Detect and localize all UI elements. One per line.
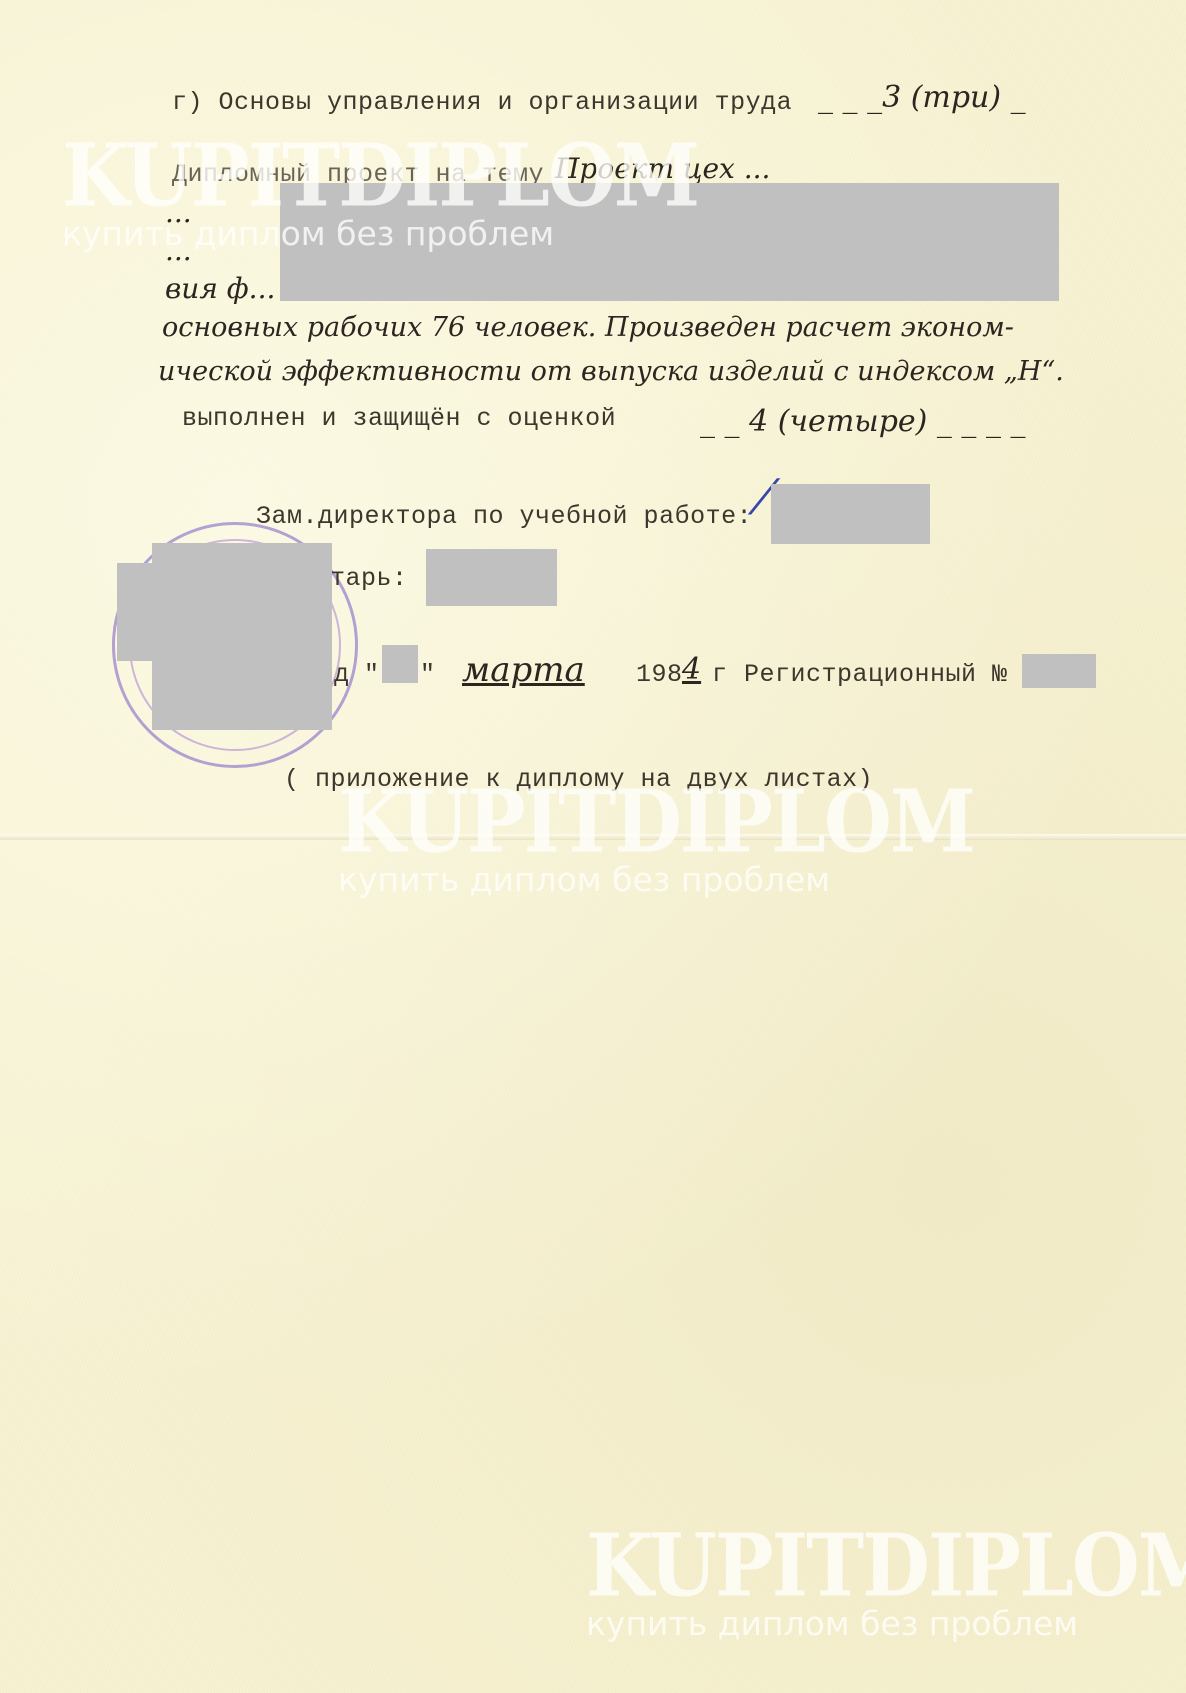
watermark-title: KUPITDIPLOM <box>338 780 974 866</box>
redaction-day <box>382 645 418 683</box>
defended-label: выполнен и защищён с оценкой <box>182 404 616 433</box>
secretary-label: тарь: <box>330 564 408 593</box>
day-open-quote: " <box>364 660 380 689</box>
watermark-title: KUPITDIPLOM <box>586 1524 1186 1610</box>
month-handwritten: марта <box>462 650 585 690</box>
year-handwritten: 4 <box>682 652 701 687</box>
redaction-stamp-upper <box>152 543 332 730</box>
project-topic-line-5: основных рабочих 76 человек. Произведен … <box>162 312 1014 343</box>
watermark-3: KUPITDIPLOM купить диплом без проблем <box>586 1528 1186 1642</box>
redaction-registration-number <box>1022 654 1096 688</box>
day-close-quote: " <box>420 660 436 689</box>
subject-grade: _ _ _3 (три) _ <box>818 80 1026 115</box>
watermark-1: KUPITDIPLOM купить диплом без проблем <box>62 138 698 252</box>
date-prefix: д <box>334 660 350 689</box>
year-suffix: г <box>712 660 728 689</box>
deputy-director-label-text: Зам.директора по учебной работе: <box>256 502 752 531</box>
deputy-director-signature: ⁄ <box>760 470 768 526</box>
redaction-deputy-signature <box>771 484 930 544</box>
project-topic-line-4: вия ф... <box>165 272 275 305</box>
registration-label: Регистрационный № <box>744 660 1008 689</box>
defended-grade: _ _ 4 (четыре) _ _ _ _ <box>700 404 1026 439</box>
redaction-secretary-signature <box>426 549 557 606</box>
watermark-2: KUPITDIPLOM купить диплом без проблем <box>338 784 974 898</box>
redaction-stamp-left <box>117 563 177 661</box>
watermark-title: KUPITDIPLOM <box>62 134 698 220</box>
project-topic-line-6: ической эффективности от выпуска изделий… <box>158 356 1064 387</box>
year-typed: 198 <box>636 660 683 689</box>
subject-label: г) Основы управления и организации труда <box>172 88 792 117</box>
